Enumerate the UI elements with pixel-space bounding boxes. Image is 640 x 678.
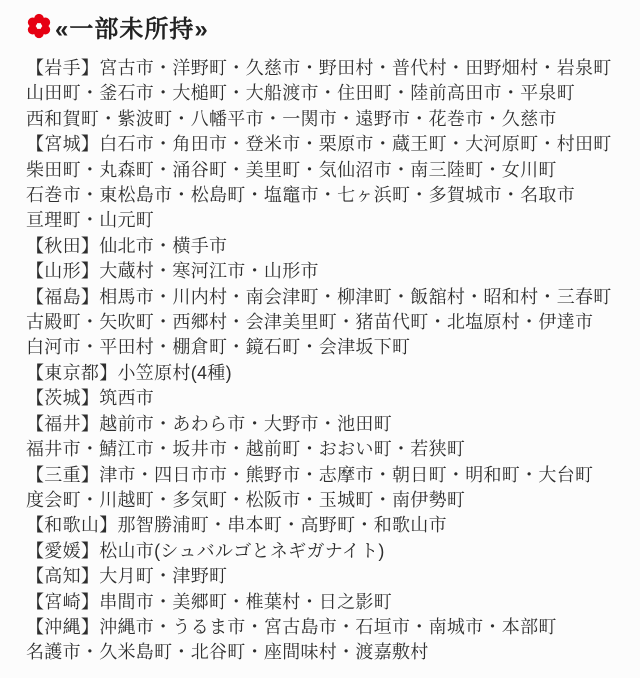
header: «一部未所持»	[0, 0, 640, 43]
text-line: 【山形】大蔵村・寒河江市・山形市	[26, 259, 640, 284]
text-line: 石巻市・東松島市・松島町・塩竈市・七ヶ浜町・多賀城市・名取市	[26, 183, 640, 208]
text-line: 西和賀町・紫波町・八幡平市・一関市・遠野市・花巻市・久慈市	[26, 107, 640, 132]
text-line: 白河市・平田村・棚倉町・鏡石町・会津坂下町	[26, 335, 640, 360]
text-line: 【高知】大月町・津野町	[26, 564, 640, 589]
text-line: 度会町・川越町・多気町・松阪市・玉城町・南伊勢町	[26, 488, 640, 513]
text-line: 山田町・釜石市・大槌町・大船渡市・住田町・陸前高田市・平泉町	[26, 81, 640, 106]
text-line: 【三重】津市・四日市市・熊野市・志摩市・朝日町・明和町・大台町	[26, 463, 640, 488]
text-line: 【愛媛】松山市(シュバルゴとネギガナイト)	[26, 539, 640, 564]
text-line: 【茨城】筑西市	[26, 386, 640, 411]
flower-icon	[26, 13, 52, 39]
text-line: 【沖縄】沖縄市・うるま市・宮古島市・石垣市・南城市・本部町	[26, 615, 640, 640]
text-line: 【東京都】小笠原村(4種)	[26, 361, 640, 386]
text-line: 【秋田】仙北市・横手市	[26, 234, 640, 259]
text-line: 【岩手】宮古市・洋野町・久慈市・野田村・普代村・田野畑村・岩泉町	[26, 56, 640, 81]
text-line: 古殿町・矢吹町・西郷村・会津美里町・猪苗代町・北塩原村・伊達市	[26, 310, 640, 335]
text-line: 【宮崎】串間市・美郷町・椎葉村・日之影町	[26, 590, 640, 615]
text-lines: 【岩手】宮古市・洋野町・久慈市・野田村・普代村・田野畑村・岩泉町山田町・釜石市・…	[0, 43, 640, 666]
text-line: 【和歌山】那智勝浦町・串本町・高野町・和歌山市	[26, 513, 640, 538]
text-line: 亘理町・山元町	[26, 208, 640, 233]
text-line: 福井市・鯖江市・坂井市・越前町・おおい町・若狭町	[26, 437, 640, 462]
text-line: 【宮城】白石市・角田市・登米市・栗原市・蔵王町・大河原町・村田町	[26, 132, 640, 157]
text-line: 【福島】相馬市・川内村・南会津町・柳津町・飯舘村・昭和村・三春町	[26, 285, 640, 310]
text-line: 【福井】越前市・あわら市・大野市・池田町	[26, 412, 640, 437]
text-line: 柴田町・丸森町・涌谷町・美里町・気仙沼市・南三陸町・女川町	[26, 158, 640, 183]
text-line: 名護市・久米島町・北谷町・座間味村・渡嘉敷村	[26, 640, 640, 665]
page-title: «一部未所持»	[55, 9, 209, 44]
